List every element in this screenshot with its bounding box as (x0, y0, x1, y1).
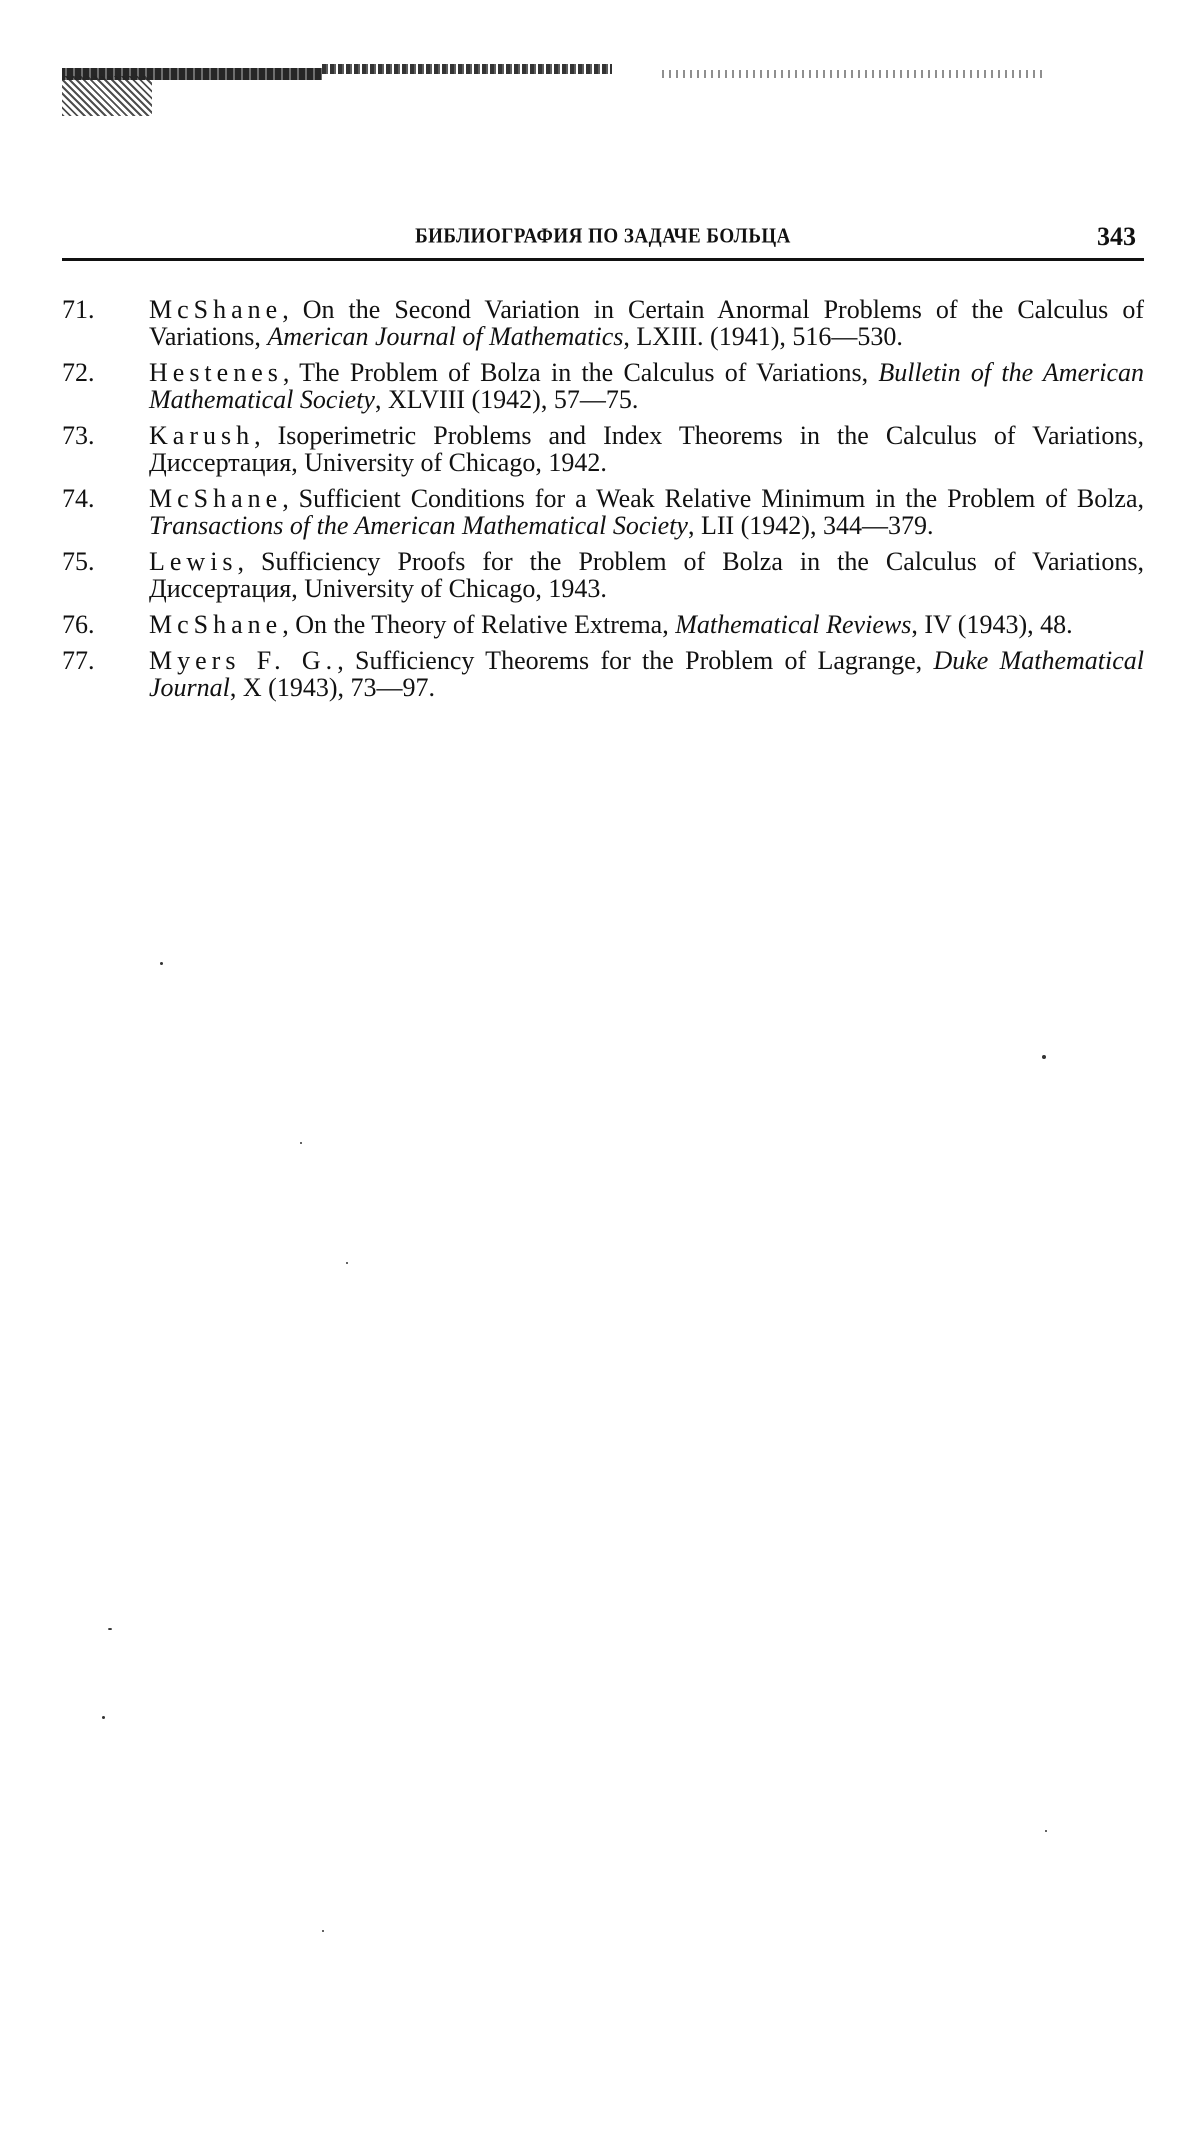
entry-details: , LII (1942), 344—379. (688, 511, 934, 540)
entry-author: McShane (149, 295, 282, 324)
scan-speck (108, 1628, 112, 1630)
entry-author: McShane (149, 610, 282, 639)
entry-title: , Isoperimetric Problems and Index Theor… (149, 421, 1144, 477)
entry-details: , IV (1943), 48. (911, 610, 1072, 639)
bibliography-entry: 71.McShane, On the Second Variation in C… (62, 296, 1144, 350)
scan-speck (346, 1262, 348, 1264)
scan-speck (1045, 1830, 1047, 1832)
entry-title: , Sufficient Conditions for a Weak Relat… (282, 484, 1144, 513)
scan-speck (322, 1930, 324, 1932)
entry-details: , X (1943), 73—97. (230, 673, 435, 702)
entry-number: 77. (62, 647, 95, 674)
entry-details: , LXIII. (1941), 516—530. (623, 322, 902, 351)
entry-title: , Sufficiency Proofs for the Problem of … (149, 547, 1144, 603)
entry-author: Hestenes (149, 358, 283, 387)
bibliography-entry: 72.Hestenes, The Problem of Bolza in the… (62, 359, 1144, 413)
bibliography-entry: 76.McShane, On the Theory of Relative Ex… (62, 611, 1144, 638)
entry-number: 75. (62, 548, 95, 575)
entry-journal: American Journal of Mathematics (267, 322, 623, 351)
entry-journal: Mathematical Reviews (675, 610, 911, 639)
bibliography-list: 71.McShane, On the Second Variation in C… (62, 296, 1144, 710)
entry-number: 71. (62, 296, 95, 323)
entry-title: , On the Theory of Relative Extrema, (282, 610, 675, 639)
entry-author: Myers F. G. (149, 646, 337, 675)
bibliography-entry: 73.Karush, Isoperimetric Problems and In… (62, 422, 1144, 476)
entry-journal: Transactions of the American Mathematica… (149, 511, 688, 540)
entry-title: , Sufficiency Theorems for the Problem o… (337, 646, 933, 675)
scan-speck (1042, 1055, 1046, 1059)
page-number: 343 (1097, 222, 1136, 252)
bibliography-entry: 74.McShane, Sufficient Conditions for a … (62, 485, 1144, 539)
entry-number: 76. (62, 611, 95, 638)
page-header: БИБЛИОГРАФИЯ ПО ЗАДАЧЕ БОЛЬЦА 343 (62, 222, 1144, 258)
entry-number: 72. (62, 359, 95, 386)
entry-author: Lewis (149, 547, 238, 576)
scan-speck (160, 962, 163, 965)
entry-author: McShane (149, 484, 282, 513)
entry-number: 74. (62, 485, 95, 512)
running-head: БИБЛИОГРАФИЯ ПО ЗАДАЧЕ БОЛЬЦА (62, 225, 1144, 249)
entry-author: Karush (149, 421, 254, 450)
scan-speck (300, 1142, 302, 1144)
bibliography-entry: 77.Myers F. G., Sufficiency Theorems for… (62, 647, 1144, 701)
header-rule (62, 258, 1144, 261)
entry-details: , XLVIII (1942), 57—75. (375, 385, 638, 414)
scan-speck (102, 1716, 105, 1719)
entry-number: 73. (62, 422, 95, 449)
bibliography-entry: 75.Lewis, Sufficiency Proofs for the Pro… (62, 548, 1144, 602)
entry-title: , The Problem of Bolza in the Calculus o… (283, 358, 878, 387)
scan-artifact (62, 62, 1152, 132)
